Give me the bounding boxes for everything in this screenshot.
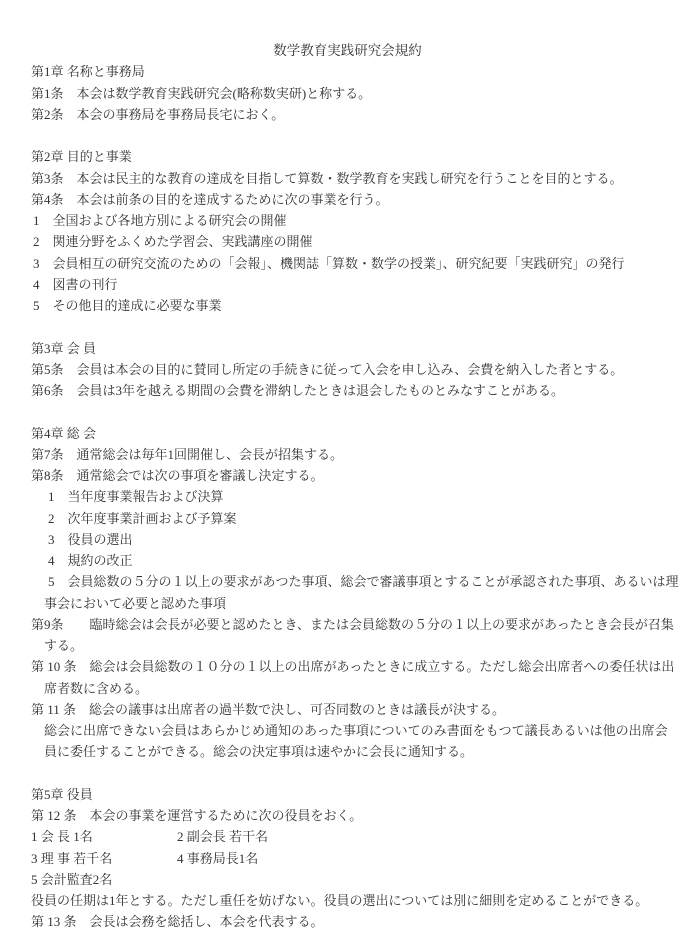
doc-line-continuation: 総会に出席できない会員はあらかじめ通知のあった事項についてのみ書面をもつて議長あ… [31,720,664,741]
doc-line-chapter: 第1章 名称と事務局 [31,61,664,82]
doc-line-article: 第 12 条 本会の事業を運営するために次の役員をおく。 [31,805,664,826]
officer-entry-left: 1 会 長 1名 [31,826,177,847]
doc-line-article: 第3条 本会は民主的な教育の達成を目指して算数・数学教育を実践し研究を行うことを… [31,168,664,189]
doc-line-article: 第5条 会員は本会の目的に賛同し所定の手続きに従って入会を申し込み、会費を納入し… [31,359,664,380]
doc-line-subitem: 4 規約の改正 [31,550,664,571]
doc-line-subitem: 1 当年度事業報告および決算 [31,486,664,507]
doc-line-article: 第 11 条 総会の議事は出席者の過半数で決し、可否同数のときは議長が決する。 [31,699,664,720]
document-title: 数学教育実践研究会規約 [31,40,664,61]
doc-line-subitem: 2 次年度事業計画および予算案 [31,508,664,529]
doc-line-continuation: 席者数に含める。 [31,678,664,699]
doc-line-subitem: 3 役員の選出 [31,529,664,550]
doc-line-article: 第2条 本会の事務局を事務局長宅におく。 [31,104,664,125]
doc-line-item: 2 関連分野をふくめた学習会、実践講座の開催 [31,231,664,252]
doc-line-chapter: 第3章 会 員 [31,338,664,359]
doc-line-item: 5 その他目的達成に必要な事業 [31,295,664,316]
doc-line-article: 第6条 会員は3年を越える期間の会費を滞納したときは退会したものとみなすことがあ… [31,380,664,401]
doc-line-item: 3 会員相互の研究交流のための「会報」、機関誌「算数・数学の授業」、研究紀要「実… [31,253,664,274]
doc-line-two-col: 1 会 長 1名2 副会長 若干名 [31,826,664,847]
doc-line-article: 第 13 条 会長は会務を総括し、本会を代表する。 [31,911,664,932]
doc-line-article: 第8条 通常総会では次の事項を審議し決定する。 [31,465,664,486]
document-body: 数学教育実践研究会規約第1章 名称と事務局第1条 本会は数学教育実践研究会(略称… [31,40,664,933]
doc-line-blank [31,763,664,784]
doc-line-plain: 役員の任期は1年とする。ただし重任を妨げない。役員の選出については別に細則を定め… [31,890,664,911]
doc-line-chapter: 第4章 総 会 [31,423,664,444]
officer-entry-right: 2 副会長 若干名 [177,829,268,844]
doc-line-chapter: 第2章 目的と事業 [31,146,664,167]
doc-line-blank [31,125,664,146]
officer-entry-right: 4 事務局長1名 [177,851,258,866]
doc-line-article: 第 10 条 総会は会員総数の１０分の１以上の出席があったときに成立する。ただし… [31,656,664,677]
doc-line-article: 第7条 通常総会は毎年1回開催し、会長が招集する。 [31,444,664,465]
doc-line-article: 第9条 臨時総会は会長が必要と認めたとき、または会員総数の５分の１以上の要求があ… [31,614,664,635]
doc-line-continuation: 事会において必要と認めた事項 [31,593,664,614]
doc-line-plain: 5 会計監査2名 [31,869,664,890]
document-page: 数学教育実践研究会規約第1章 名称と事務局第1条 本会は数学教育実践研究会(略称… [0,0,700,936]
doc-line-two-col: 3 理 事 若千名4 事務局長1名 [31,848,664,869]
doc-line-item: 1 全国および各地方別による研究会の開催 [31,210,664,231]
doc-line-item: 4 図書の刊行 [31,274,664,295]
doc-line-subitem: 5 会員総数の５分の１以上の要求があつた事項、総会で審議事項とすることが承認され… [31,571,664,592]
doc-line-blank [31,401,664,422]
doc-line-chapter: 第5章 役員 [31,784,664,805]
doc-line-continuation: する。 [31,635,664,656]
doc-line-article: 第4条 本会は前条の目的を達成するために次の事業を行う。 [31,189,664,210]
doc-line-article: 第1条 本会は数学教育実践研究会(略称数実研)と称する。 [31,83,664,104]
doc-line-blank [31,316,664,337]
doc-line-continuation: 員に委任することができる。総会の決定事項は速やかに会長に通知する。 [31,741,664,762]
officer-entry-left: 3 理 事 若千名 [31,848,177,869]
